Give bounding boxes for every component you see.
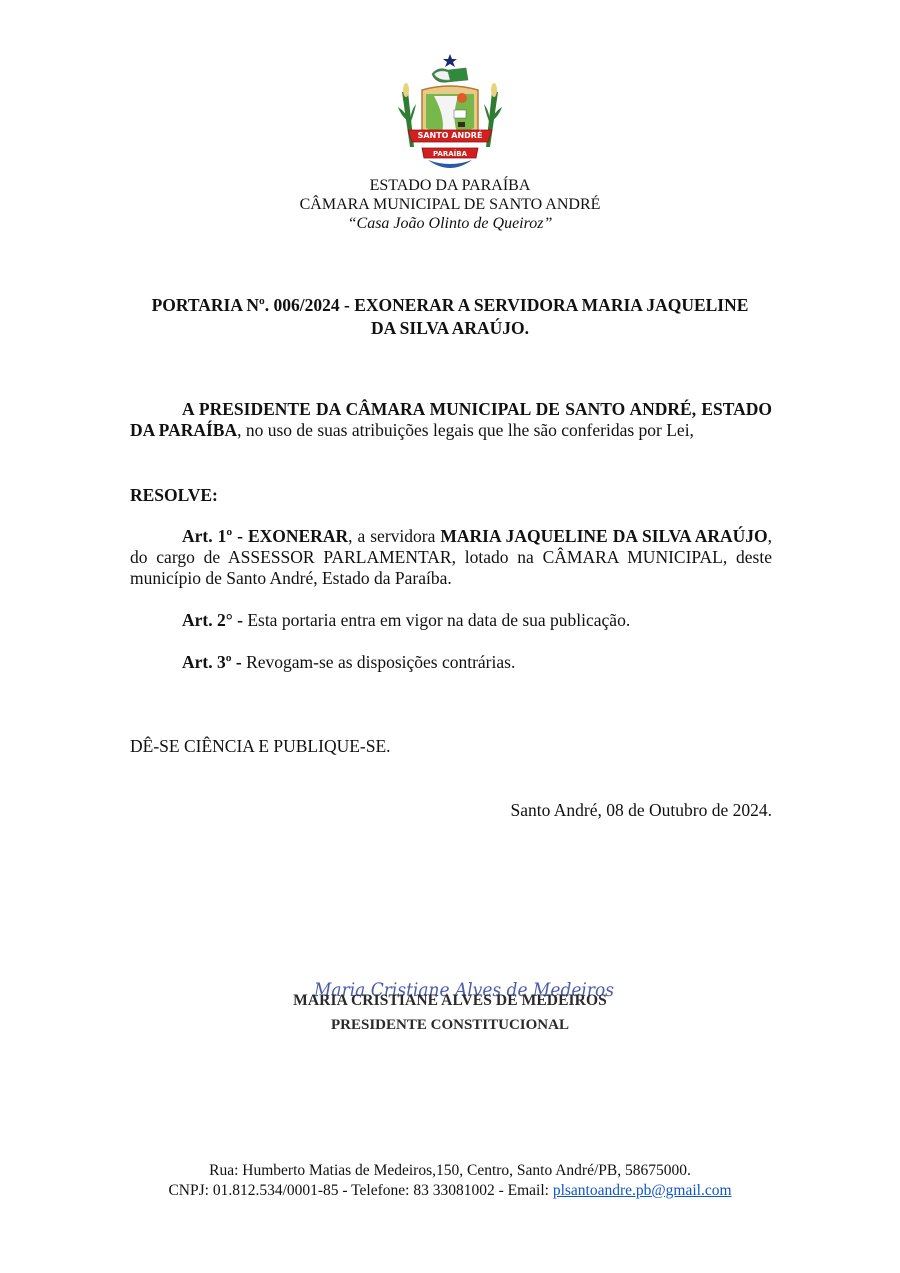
article-1-server-name: MARIA JAQUELINE DA SILVA ARAÚJO [440,526,767,546]
title-line-1: PORTARIA Nº. 006/2024 - EXONERAR A SERVI… [130,294,770,317]
svg-text:28 de Abril de 1994: 28 de Abril de 1994 [433,142,468,146]
resolve-heading: RESOLVE: [130,485,772,506]
preamble-text: , no uso de suas atribuições legais que … [237,420,694,440]
email-link[interactable]: plsantoandre.pb@gmail.com [553,1182,732,1199]
article-1-dash: - [232,526,248,546]
footer-address: Rua: Humberto Matias de Medeiros,150, Ce… [0,1161,900,1180]
article-2: Art. 2° - Esta portaria entra em vigor n… [130,610,772,631]
article-1-text-a: , a servidora [348,526,440,546]
header-chamber: CÂMARA MUNICIPAL DE SANTO ANDRÉ [0,195,900,214]
svg-text:PARAÍBA: PARAÍBA [433,149,468,158]
header-state: ESTADO DA PARAÍBA [0,176,900,195]
place-date: Santo André, 08 de Outubro de 2024. [130,800,772,821]
footer-contact-text: CNPJ: 01.812.534/0001-85 - Telefone: 83 … [168,1182,552,1199]
document-title: PORTARIA Nº. 006/2024 - EXONERAR A SERVI… [130,294,770,340]
footer-contact: CNPJ: 01.812.534/0001-85 - Telefone: 83 … [0,1181,900,1200]
article-1: Art. 1º - EXONERAR, a servidora MARIA JA… [130,526,772,589]
closing-statement: DÊ-SE CIÊNCIA E PUBLIQUE-SE. [130,736,772,757]
coat-of-arms-icon: SANTO ANDRÉ 28 de Abril de 1994 PARAÍBA [388,52,512,176]
article-1-action: EXONERAR [248,526,348,546]
article-2-text: Esta portaria entra em vigor na data de … [243,610,630,630]
signatory-name: MARIA CRISTIANE ALVES DE MEDEIROS [0,992,900,1010]
svg-text:SANTO ANDRÉ: SANTO ANDRÉ [418,129,483,140]
title-line-2: DA SILVA ARAÚJO. [130,317,770,340]
preamble: A PRESIDENTE DA CÂMARA MUNICIPAL DE SANT… [130,399,772,441]
signatory-role: PRESIDENTE CONSTITUCIONAL [0,1017,900,1034]
article-3-text: Revogam-se as disposições contrárias. [242,652,516,672]
article-3-label: Art. 3º - [182,652,242,672]
article-3: Art. 3º - Revogam-se as disposições cont… [130,652,772,673]
article-2-label: Art. 2° - [182,610,243,630]
article-1-label: Art. 1º [182,526,232,546]
header-motto: “Casa João Olinto de Queiroz” [0,214,900,233]
